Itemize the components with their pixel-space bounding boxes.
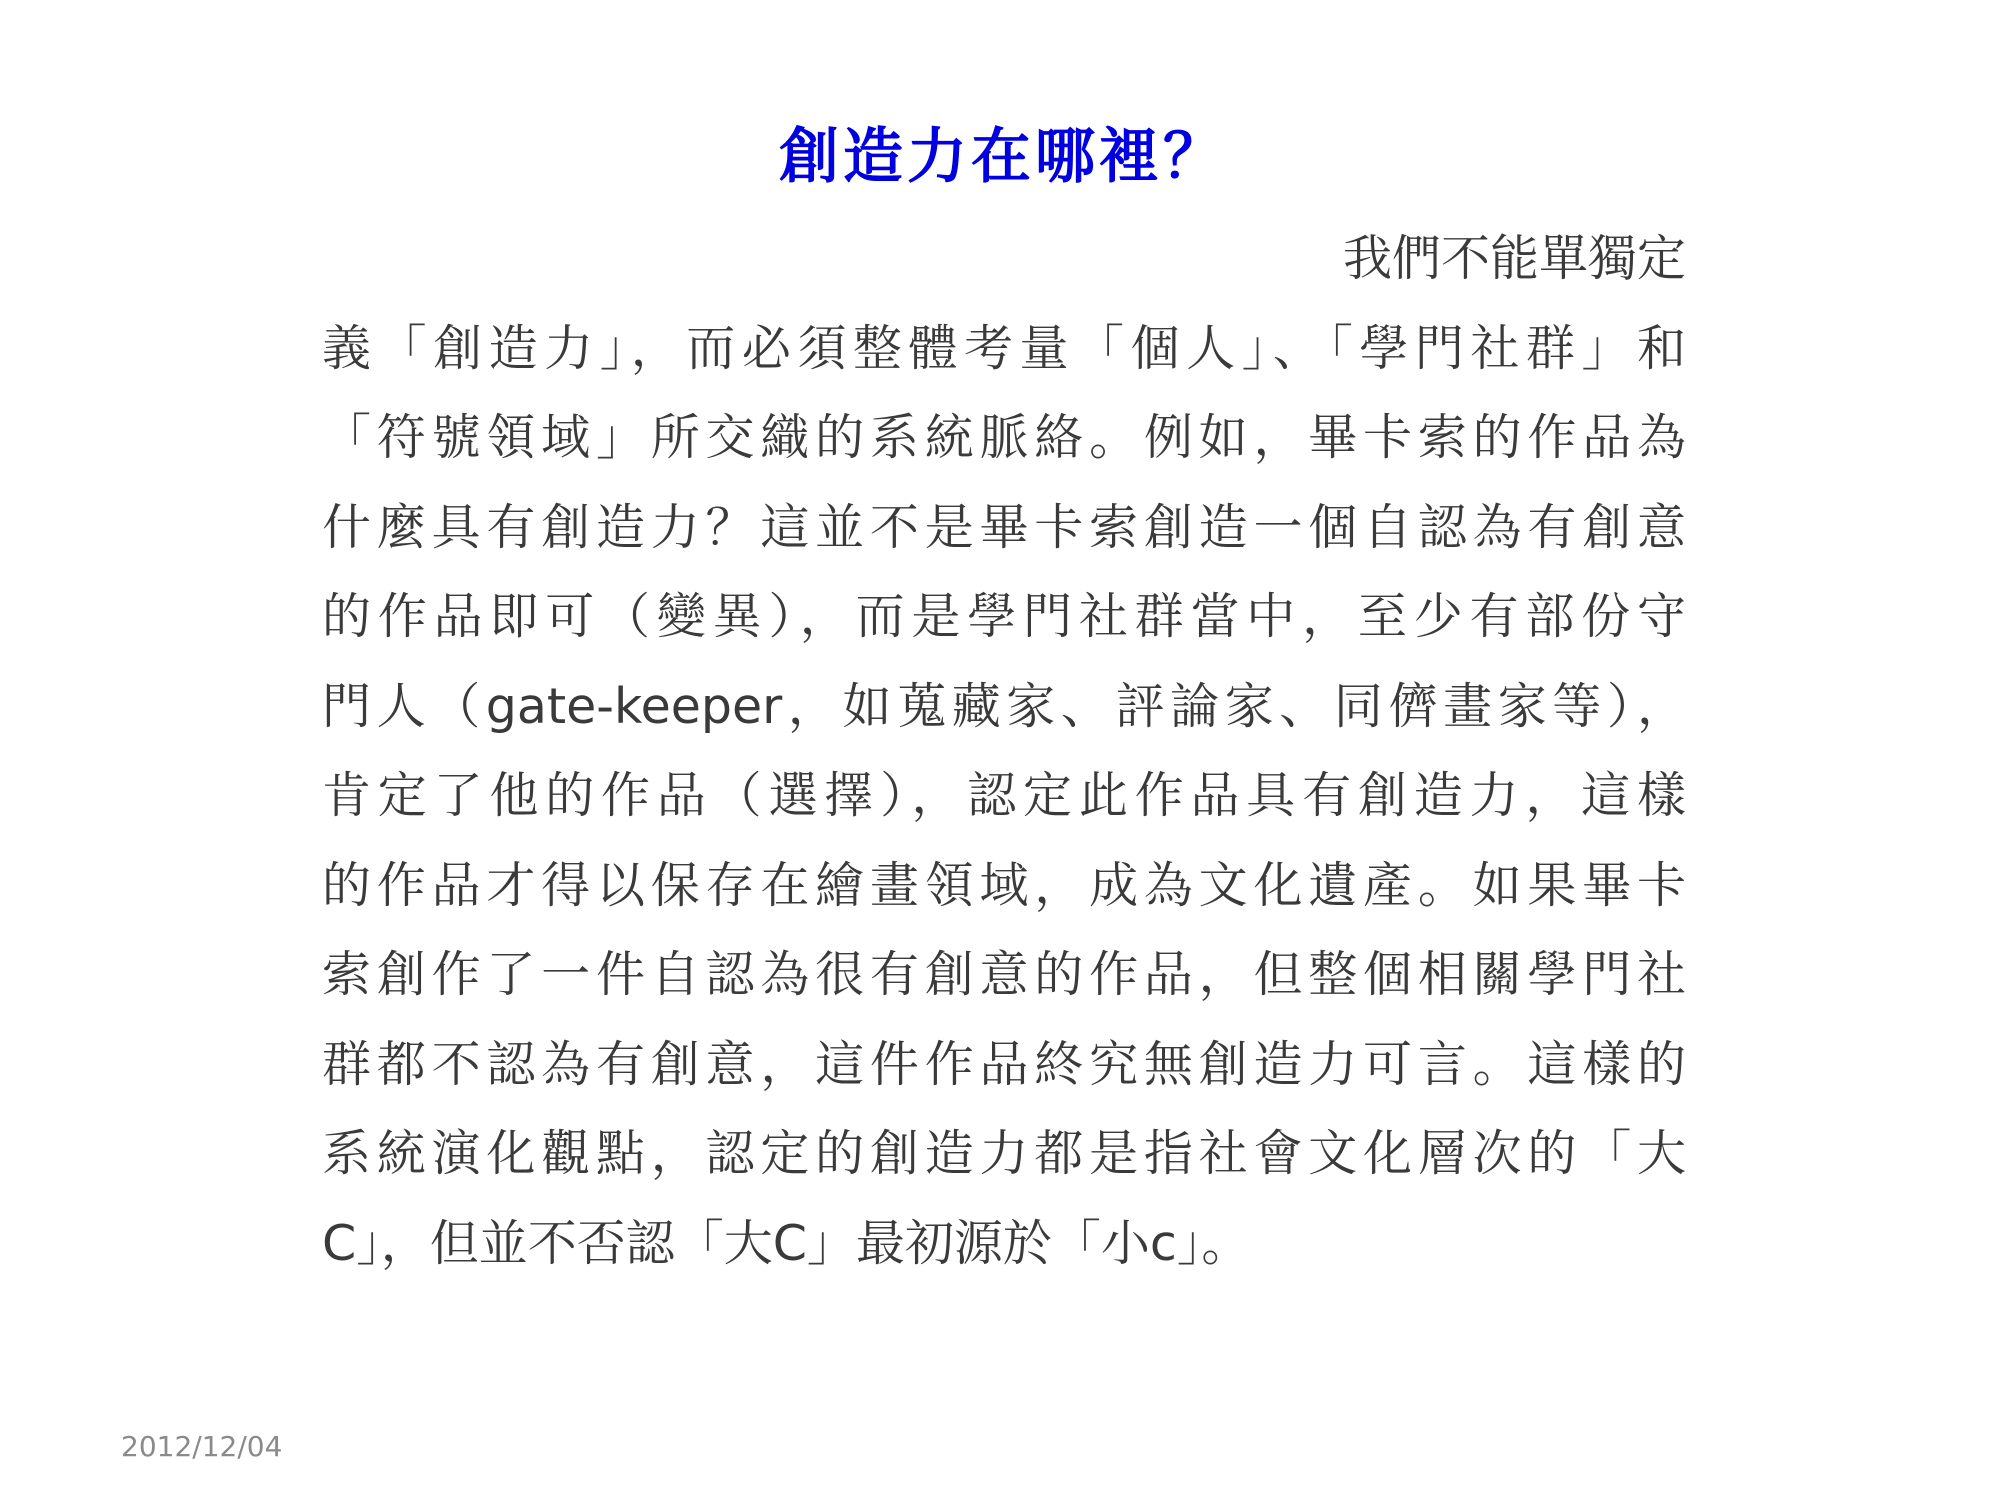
slide-title: 創造力在哪裡？ [0, 112, 2000, 202]
body-line: 索創作了一件自認為很有創意的作品，但整個相關學門社 [322, 930, 1686, 1020]
body-line: 的作品即可（變異），而是學門社群當中，至少有部份守 [322, 572, 1686, 662]
body-line: 義「創造力」，而必須整體考量「個人」、「學門社群」和 [322, 304, 1686, 394]
body-line: 我們不能單獨定 [322, 214, 1686, 304]
body-line: 什麼具有創造力？這並不是畢卡索創造一個自認為有創意 [322, 483, 1686, 573]
body-line: 系統演化觀點，認定的創造力都是指社會文化層次的「大 [322, 1109, 1686, 1199]
body-line: 群都不認為有創意，這件作品終究無創造力可言。這樣的 [322, 1020, 1686, 1110]
body-line: C」，但並不否認「大C」最初源於「小c」。 [322, 1199, 1686, 1289]
slide: 創造力在哪裡？ 我們不能單獨定 義「創造力」，而必須整體考量「個人」、「學門社群… [0, 0, 2000, 1500]
footer-date: 2012/12/04 [121, 1430, 282, 1464]
body-line: 肯定了他的作品（選擇），認定此作品具有創造力，這樣 [322, 751, 1686, 841]
body-line: 「符號領域」所交織的系統脈絡。例如，畢卡索的作品為 [322, 393, 1686, 483]
body-line: 的作品才得以保存在繪畫領域，成為文化遺產。如果畢卡 [322, 841, 1686, 931]
body-text: 我們不能單獨定 義「創造力」，而必須整體考量「個人」、「學門社群」和 「符號領域… [322, 214, 1686, 1288]
body-line: 門人（gate-keeper，如蒐藏家、評論家、同儕畫家等）， [322, 662, 1686, 752]
